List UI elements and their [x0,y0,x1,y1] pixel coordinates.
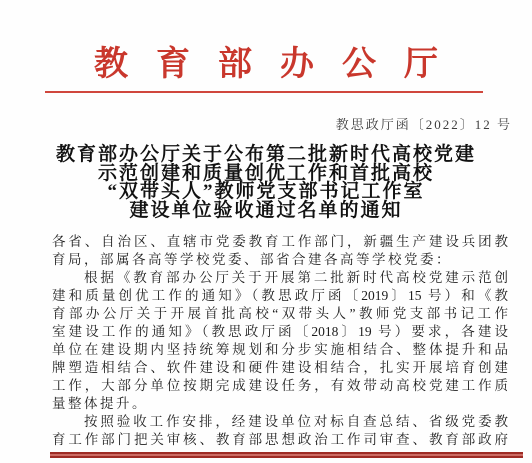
agency-letterhead: 教育部办公厅 [14,45,532,85]
body-line: 根据《教育部办公厅关于开展第二批新时代高校党建示范创 [52,269,508,287]
document-body: 各省、自治区、直辖市党委教育工作部门，新疆生产建设兵团教 育局，部属各高等学校党… [52,233,508,449]
body-line: 量整体提升。 [52,395,508,413]
title-line: 教育部办公厅关于公布第二批新时代高校党建 [0,146,532,165]
body-line: 按照验收工作安排，经建设单位对标自查总结、省级党委教 [52,413,508,431]
title-line: 建设单位验收通过名单的通知 [0,202,532,221]
document-title: 教育部办公厅关于公布第二批新时代高校党建 示范创建和质量创优工作和首批高校 “双… [0,146,532,220]
body-line: 建和质量创优工作的通知》（教思政厅函〔2019〕15 号）和《教 [52,287,508,305]
document-number: 教思政厅函〔2022〕12 号 [0,117,532,133]
salutation-paragraph: 各省、自治区、直辖市党委教育工作部门，新疆生产建设兵团教 育局，部属各高等学校党… [52,233,508,269]
body-line: 工作，大部分单位按期完成建设任务，有效带动高校党建工作质 [52,377,508,395]
body-line: 各省、自治区、直辖市党委教育工作部门，新疆生产建设兵团教 [52,233,508,251]
official-document-page: 教育部办公厅 教思政厅函〔2022〕12 号 教育部办公厅关于公布第二批新时代高… [0,0,532,463]
body-paragraph: 按照验收工作安排，经建设单位对标自查总结、省级党委教 育工作部门把关审核、教育部… [52,413,508,449]
body-line: 育局，部属各高等学校党委、部省合建各高等学校党委： [52,251,508,269]
body-line: 育部办公厅关于开展首批高校“双带头人”教师党支部书记工作 [52,305,508,323]
letterhead-rule [45,91,483,93]
title-line: “双带头人”教师党支部书记工作室 [0,183,532,202]
body-line: 室建设工作的通知》（教思政厅函〔2018〕19 号）要求，各建设 [52,323,508,341]
page-bottom-rule [50,452,523,458]
body-line: 牌塑造相结合、软件建设和硬件建设相结合，扎实开展培育创建 [52,359,508,377]
body-paragraph: 根据《教育部办公厅关于开展第二批新时代高校党建示范创 建和质量创优工作的通知》（… [52,269,508,413]
body-line: 单位在建设期内坚持统筹规划和分步实施相结合、整体提升和品 [52,341,508,359]
body-line: 育工作部门把关审核、教育部思想政治工作司审查、教育部政府 [52,431,508,449]
